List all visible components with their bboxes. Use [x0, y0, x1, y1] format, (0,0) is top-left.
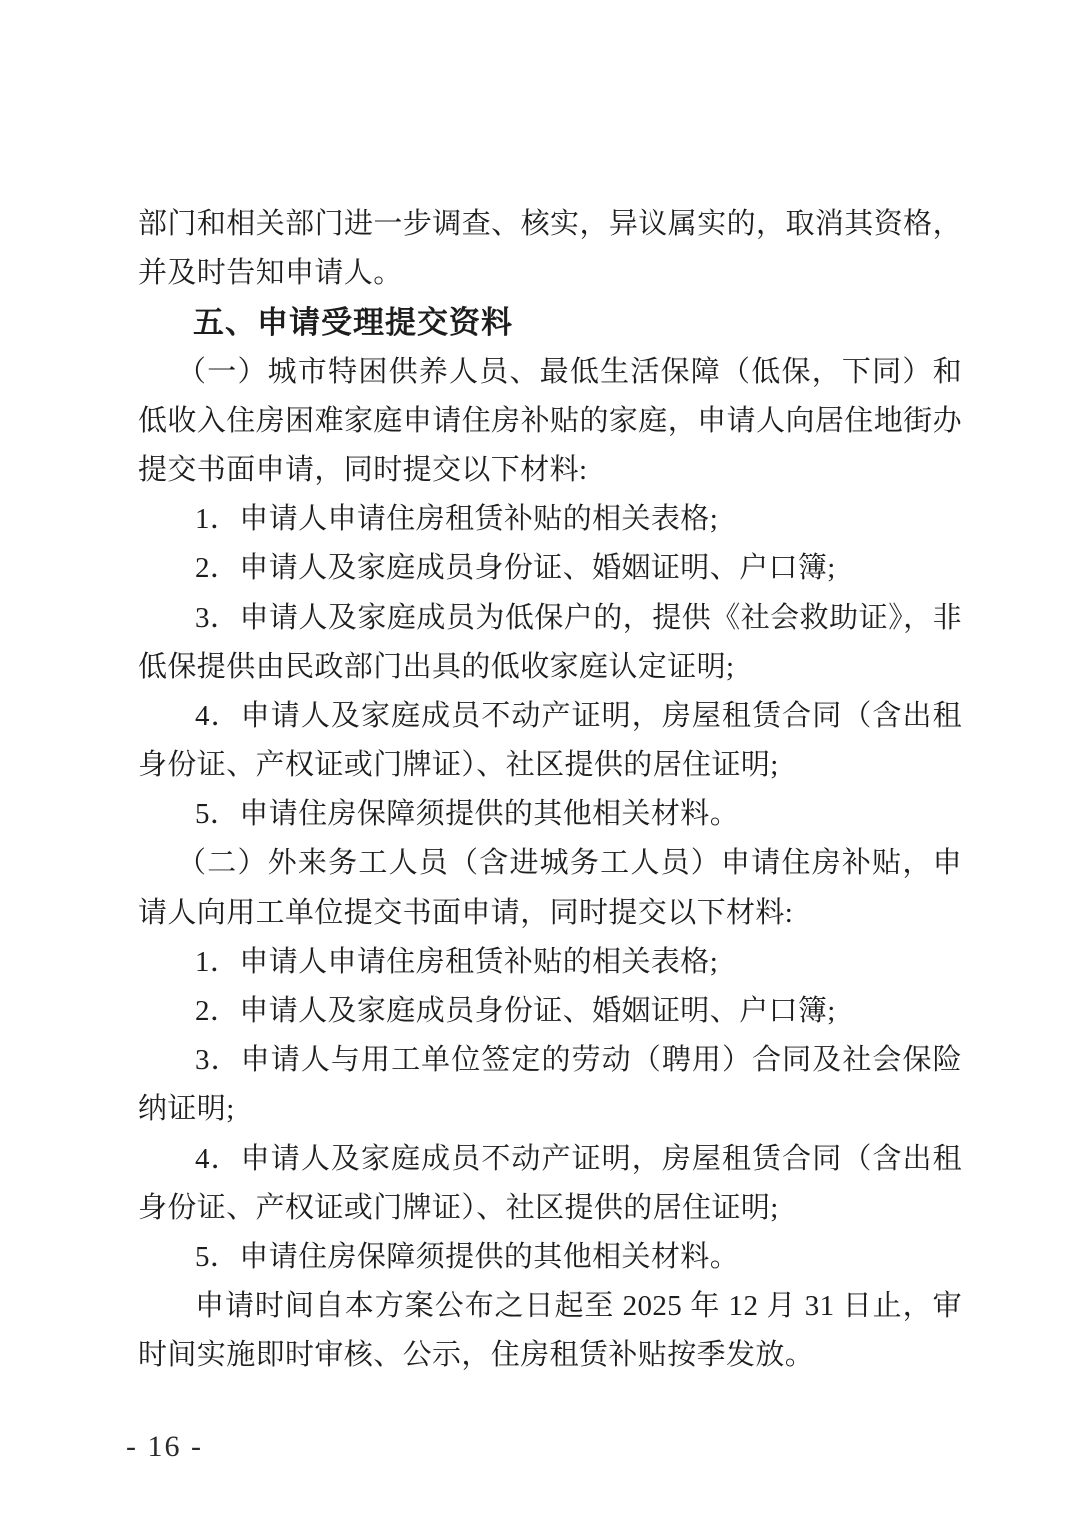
- text-line: 低保提供由民政部门出具的低收家庭认定证明;: [138, 643, 962, 692]
- text-line: 时间实施即时审核、公示，住房租赁补贴按季发放。: [138, 1331, 962, 1380]
- text-line: 身份证、产权证或门牌证）、社区提供的居住证明;: [138, 741, 962, 790]
- text-line: 纳证明;: [138, 1085, 962, 1134]
- text-line: 2．申请人及家庭成员身份证、婚姻证明、户口簿;: [138, 544, 962, 593]
- text-line: 1．申请人申请住房租赁补贴的相关表格;: [138, 938, 962, 987]
- page-number: - 16 -: [126, 1430, 203, 1464]
- text-line: 4．申请人及家庭成员不动产证明，房屋租赁合同（含出租人: [138, 692, 962, 741]
- text-line: 3．申请人及家庭成员为低保户的，提供《社会救助证》，非: [138, 594, 962, 643]
- text-line: 并及时告知申请人。: [138, 249, 962, 298]
- text-line: 2．申请人及家庭成员身份证、婚姻证明、户口簿;: [138, 987, 962, 1036]
- text-line: 3．申请人与用工单位签定的劳动（聘用）合同及社会保险缴: [138, 1036, 962, 1085]
- document-page: 部门和相关部门进一步调查、核实，异议属实的，取消其资格，并及时告知申请人。五、申…: [0, 0, 1074, 1520]
- text-line: （二）外来务工人员（含进城务工人员）申请住房补贴，申: [138, 839, 962, 888]
- text-line: 身份证、产权证或门牌证）、社区提供的居住证明;: [138, 1184, 962, 1233]
- text-line: 5．申请住房保障须提供的其他相关材料。: [138, 790, 962, 839]
- document-body: 部门和相关部门进一步调查、核实，异议属实的，取消其资格，并及时告知申请人。五、申…: [138, 200, 962, 1381]
- text-line: 申请时间自本方案公布之日起至 2025 年 12 月 31 日止，审核: [138, 1282, 962, 1331]
- text-line: 提交书面申请，同时提交以下材料:: [138, 446, 962, 495]
- text-line: 低收入住房困难家庭申请住房补贴的家庭，申请人向居住地街办: [138, 397, 962, 446]
- text-line: 1．申请人申请住房租赁补贴的相关表格;: [138, 495, 962, 544]
- text-line: （一）城市特困供养人员、最低生活保障（低保，下同）和: [138, 348, 962, 397]
- text-line: 部门和相关部门进一步调查、核实，异议属实的，取消其资格，: [138, 200, 962, 249]
- section-heading: 五、申请受理提交资料: [138, 298, 962, 347]
- text-line: 4．申请人及家庭成员不动产证明，房屋租赁合同（含出租人: [138, 1135, 962, 1184]
- text-line: 请人向用工单位提交书面申请，同时提交以下材料:: [138, 889, 962, 938]
- text-line: 5．申请住房保障须提供的其他相关材料。: [138, 1233, 962, 1282]
